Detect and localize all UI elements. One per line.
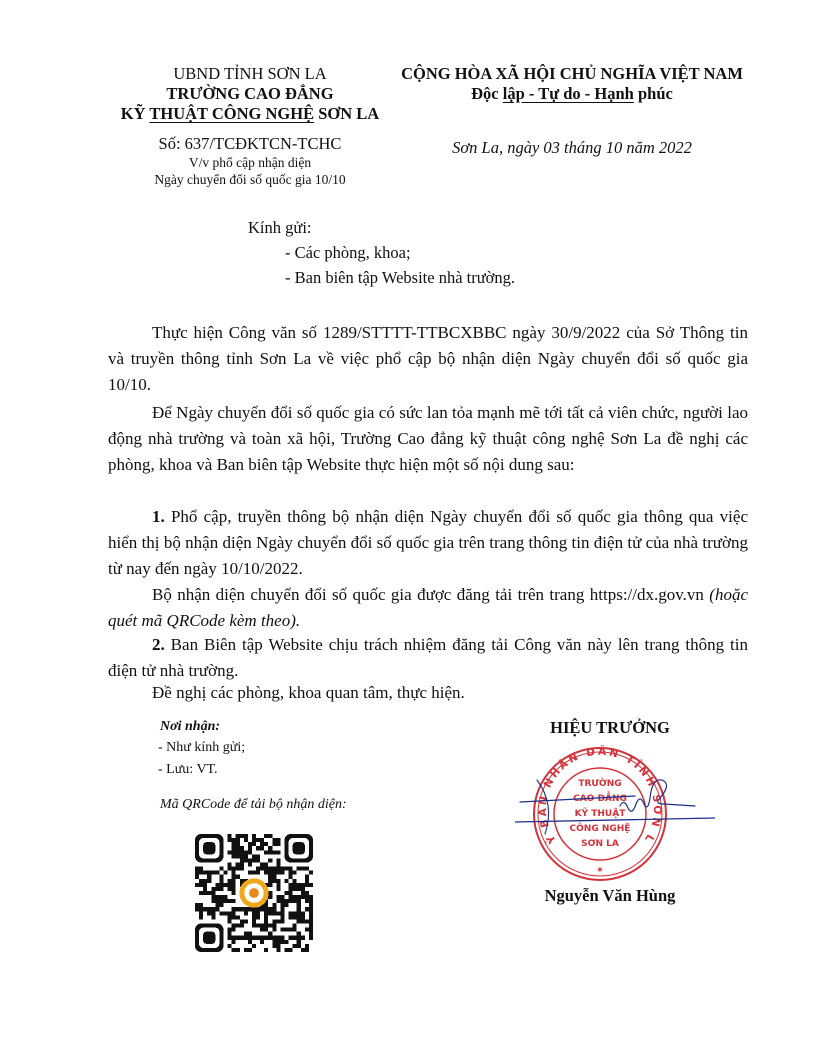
website-text: Bộ nhận diện chuyển đổi số quốc gia được… [152, 585, 709, 604]
body-paragraph-5: 2. Ban Biên tập Website chịu trách nhiệm… [108, 632, 748, 684]
issuer-school-suffix: SƠN LA [314, 104, 379, 123]
document-number: Số: 637/TCĐKTCN-TCHC [100, 134, 400, 154]
national-title: CỘNG HÒA XÃ HỘI CHỦ NGHĨA VIỆT NAM [382, 64, 762, 84]
distribution-item: - Lưu: VT. [158, 762, 218, 778]
svg-text:TRƯỜNG: TRƯỜNG [578, 777, 621, 789]
signer-title: HIỆU TRƯỞNG [500, 718, 720, 738]
body-paragraph-6: Đề nghị các phòng, khoa quan tâm, thực h… [108, 680, 748, 706]
distribution-item: - Như kính gửi; [158, 740, 245, 756]
qr-code-icon [190, 834, 318, 952]
recipients-label: Kính gửi: [248, 218, 312, 238]
motto-prefix: Độc [471, 84, 503, 103]
motto-underlined: lập - Tự do - Hạnh [503, 84, 634, 103]
svg-text:SƠN LA: SƠN LA [581, 839, 619, 849]
item-number-1: 1. [152, 507, 165, 526]
body-paragraph-3: 1. Phổ cập, truyền thông bộ nhận diện Ng… [108, 504, 748, 582]
issuer-school-underlined: THUẬT CÔNG NGHỆ [149, 104, 314, 123]
recipient-item: - Ban biên tập Website nhà trường. [285, 268, 515, 288]
signer-name: Nguyễn Văn Hùng [500, 886, 720, 906]
issuer-school-line1: TRƯỜNG CAO ĐẲNG [100, 84, 400, 104]
issuer-authority: UBND TỈNH SƠN LA [100, 64, 400, 84]
qr-caption: Mã QRCode để tải bộ nhận diện: [160, 797, 347, 813]
national-motto: Độc lập - Tự do - Hạnh phúc [382, 84, 762, 104]
issuer-block: UBND TỈNH SƠN LA TRƯỜNG CAO ĐẲNG KỸ THUẬ… [100, 64, 400, 124]
document-date: Sơn La, ngày 03 tháng 10 năm 2022 [382, 138, 762, 158]
issuer-school-line2: KỸ THUẬT CÔNG NGHỆ SƠN LA [100, 104, 400, 124]
national-motto-block: CỘNG HÒA XÃ HỘI CHỦ NGHĨA VIỆT NAM Độc l… [382, 64, 762, 104]
body-paragraph-1: Thực hiện Công văn số 1289/STTTT-TTBCXBB… [108, 320, 748, 398]
body-paragraph-4: Bộ nhận diện chuyển đổi số quốc gia được… [108, 582, 748, 634]
item-number-2: 2. [152, 635, 165, 654]
subject-line-1: V/v phổ cập nhận diện [100, 154, 400, 171]
recipient-item: - Các phòng, khoa; [285, 243, 411, 263]
subject-line-2: Ngày chuyển đổi số quốc gia 10/10 [100, 171, 400, 188]
svg-text:★: ★ [596, 865, 603, 874]
motto-suffix: phúc [634, 84, 673, 103]
item-text-2: Ban Biên tập Website chịu trách nhiệm đă… [108, 635, 748, 680]
item-text-1: Phổ cập, truyền thông bộ nhận diện Ngày … [108, 507, 748, 578]
svg-text:CÔNG NGHỆ: CÔNG NGHỆ [570, 822, 631, 834]
document-subject: V/v phổ cập nhận diện Ngày chuyển đổi số… [100, 154, 400, 188]
svg-text:KỸ THUẬT: KỸ THUẬT [575, 808, 627, 819]
distribution-label: Nơi nhận: [160, 719, 220, 735]
issuer-school-prefix: KỸ [121, 104, 150, 123]
body-paragraph-2: Để Ngày chuyển đổi số quốc gia có sức la… [108, 400, 748, 478]
official-seal: UỶ BAN NHÂN DÂN TỈNH SƠN LATRƯỜNGCAO ĐẲN… [515, 744, 715, 884]
